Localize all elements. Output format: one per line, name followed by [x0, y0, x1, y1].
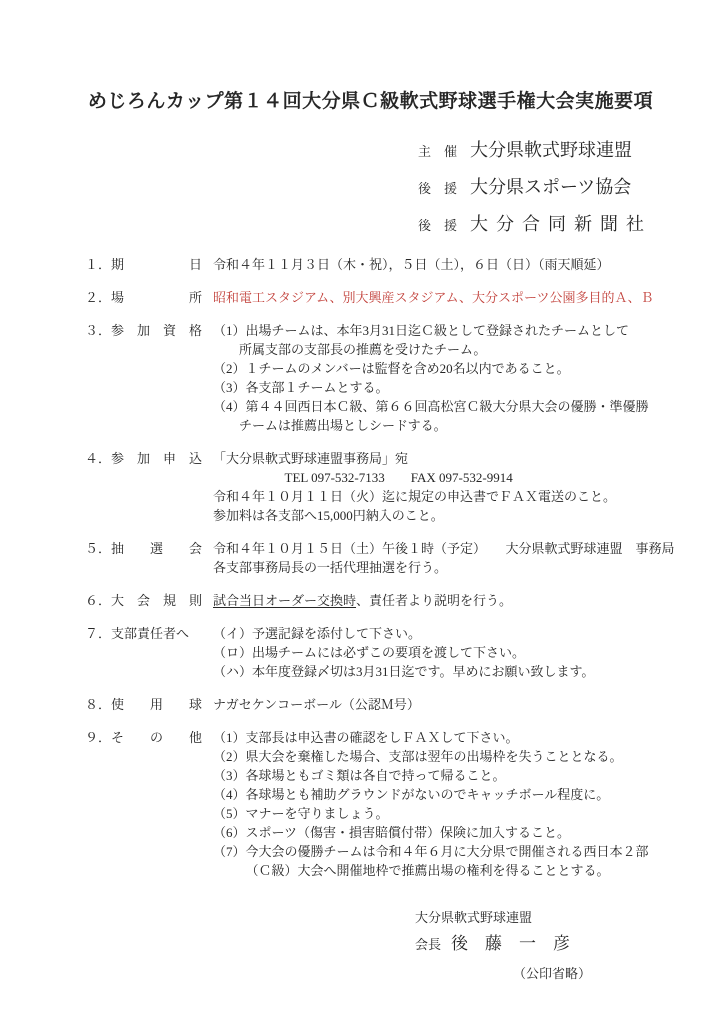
section-label: 使 用 球	[111, 697, 202, 712]
section-number: ６．	[85, 593, 111, 608]
section-number: ４．	[85, 451, 111, 466]
text-segment: （5）マナーを守りましょう。	[213, 806, 389, 821]
section-line: 令和４年１１月３日（木・祝），５日（土），６日（日）（雨天順延）	[213, 255, 676, 274]
text-segment: TEL 097-532-7133 FAX 097-532-9914	[285, 470, 513, 485]
text-segment: （3）各支部１チームとする。	[213, 380, 389, 395]
section-line: （1）支部長は申込書の確認をしＦＡＸして下さい。	[213, 728, 676, 747]
text-segment: （ロ）出場チームには必ずこの要項を渡して下さい。	[213, 645, 525, 660]
text-segment: （2）１チームのメンバーは監督を含め20名以内であること。	[213, 361, 570, 376]
sponsor-name: 大分合同新聞社	[470, 215, 652, 234]
section-content: （1）出場チームは、本年3月31日迄Ｃ級として登録されたチームとして所属支部の支…	[213, 321, 676, 435]
section-label: 参 加 申 込	[111, 451, 202, 466]
sponsor-role: 後 援	[418, 179, 470, 198]
section-number: ８．	[85, 697, 111, 712]
section-line: TEL 097-532-7133 FAX 097-532-9914	[213, 468, 676, 487]
section-number: ３．	[85, 323, 111, 338]
section: ３．参 加 資 格（1）出場チームは、本年3月31日迄Ｃ級として登録されたチーム…	[85, 321, 676, 435]
section-heading: ２．場 所	[85, 288, 213, 307]
section-line: （2）１チームのメンバーは監督を含め20名以内であること。	[213, 359, 676, 378]
text-segment: （Ｃ級）大会へ開催地枠で推薦出場の権利を得ることとする。	[246, 863, 610, 878]
section-line: （3）各球場ともゴミ類は各自で持って帰ること。	[213, 766, 676, 785]
section-line: （7）今大会の優勝チームは令和４年６月に大分県で開催される西日本２部	[213, 842, 676, 861]
section: ５．抽 選 会令和４年１０月１５日（土）午後１時（予定） 大分県軟式野球連盟 事…	[85, 539, 676, 577]
sponsor-block: 主 催大分県軟式野球連盟後 援大分県スポーツ協会後 援大分合同新聞社	[418, 141, 676, 235]
section: ９．そ の 他（1）支部長は申込書の確認をしＦＡＸして下さい。（2）県大会を棄権…	[85, 728, 676, 880]
section-content: （イ）予選記録を添付して下さい。（ロ）出場チームには必ずこの要項を渡して下さい。…	[213, 624, 676, 681]
footer-president-name: 後 藤 一 彦	[451, 934, 570, 953]
section-number: ２．	[85, 290, 111, 305]
section-label: 抽 選 会	[111, 541, 202, 556]
document-title: めじろんカップ第１４回大分県Ｃ級軟式野球選手権大会実施要項	[65, 92, 676, 111]
section-heading: ３．参 加 資 格	[85, 321, 213, 340]
section-number: １．	[85, 257, 111, 272]
sponsor-role: 後 援	[418, 216, 470, 235]
text-segment: （1）出場チームは、本年3月31日迄Ｃ級として登録されたチームとして	[213, 323, 629, 338]
section-line: （6）スポーツ（傷害・損害賠償付帯）保険に加入すること。	[213, 823, 676, 842]
text-segment: （2）県大会を棄権した場合、支部は翌年の出場枠を失うこととなる。	[213, 749, 623, 764]
section-line: 各支部事務局長の一括代理抽選を行う。	[213, 558, 676, 577]
section-line: （3）各支部１チームとする。	[213, 378, 676, 397]
section-line: 昭和電工スタジアム、別大興産スタジアム、大分スポーツ公園多目的Ａ、Ｂ	[213, 288, 676, 307]
section-heading: ６．大 会 規 則	[85, 591, 213, 610]
section: １．期 日令和４年１１月３日（木・祝），５日（土），６日（日）（雨天順延）	[85, 255, 676, 274]
footer-seal-note: （公印省略）	[513, 964, 676, 983]
section-content: 昭和電工スタジアム、別大興産スタジアム、大分スポーツ公園多目的Ａ、Ｂ	[213, 288, 676, 307]
text-segment: 令和４年１０月１５日（土）午後１時（予定） 大分県軟式野球連盟 事務局	[213, 541, 675, 556]
text-segment: 各支部事務局長の一括代理抽選を行う。	[213, 560, 447, 575]
section-heading: ９．そ の 他	[85, 728, 213, 747]
section-line: （ロ）出場チームには必ずこの要項を渡して下さい。	[213, 643, 676, 662]
sponsor-name: 大分県スポーツ協会	[470, 178, 631, 197]
text-segment: 昭和電工スタジアム、別大興産スタジアム、大分スポーツ公園多目的Ａ、Ｂ	[213, 290, 653, 305]
section: ７．支部責任者へ（イ）予選記録を添付して下さい。（ロ）出場チームには必ずこの要項…	[85, 624, 676, 681]
text-segment: 「大分県軟式野球連盟事務局」宛	[213, 451, 408, 466]
section-heading: ８．使 用 球	[85, 695, 213, 714]
section-line: 参加料は各支部へ15,000円納入のこと。	[213, 506, 676, 525]
text-segment: （3）各球場ともゴミ類は各自で持って帰ること。	[213, 768, 506, 783]
section-label: 支部責任者へ	[111, 626, 189, 641]
section-line: 「大分県軟式野球連盟事務局」宛	[213, 449, 676, 468]
section: ４．参 加 申 込「大分県軟式野球連盟事務局」宛TEL 097-532-7133…	[85, 449, 676, 525]
section: ２．場 所昭和電工スタジアム、別大興産スタジアム、大分スポーツ公園多目的Ａ、Ｂ	[85, 288, 676, 307]
sponsor-row: 後 援大分合同新聞社	[418, 215, 676, 235]
sponsor-row: 後 援大分県スポーツ協会	[418, 178, 676, 198]
section-line: （2）県大会を棄権した場合、支部は翌年の出場枠を失うこととなる。	[213, 747, 676, 766]
section: ８．使 用 球ナガセケンコーボール（公認Ｍ号）	[85, 695, 676, 714]
text-segment: 令和４年１１月３日（木・祝），５日（土），６日（日）（雨天順延）	[213, 257, 610, 272]
text-segment: （6）スポーツ（傷害・損害賠償付帯）保険に加入すること。	[213, 825, 570, 840]
footer-president-label: 会長	[415, 935, 441, 954]
section-content: 令和４年１１月３日（木・祝），５日（土），６日（日）（雨天順延）	[213, 255, 676, 274]
footer-organization: 大分県軟式野球連盟	[415, 908, 676, 927]
section: ６．大 会 規 則試合当日オーダー交換時、責任者より説明を行う。	[85, 591, 676, 610]
section-line: （イ）予選記録を添付して下さい。	[213, 624, 676, 643]
text-segment: 令和４年１０月１１日（火）迄に規定の申込書でＦＡＸ電送のこと。	[213, 489, 616, 504]
section-number: ７．	[85, 626, 111, 641]
footer-block: 大分県軟式野球連盟 会長 後 藤 一 彦 （公印省略）	[415, 908, 676, 983]
text-segment: 所属支部の支部長の推薦を受けたチーム。	[239, 342, 486, 357]
section-heading: ５．抽 選 会	[85, 539, 213, 558]
section-line: （Ｃ級）大会へ開催地枠で推薦出場の権利を得ることとする。	[213, 861, 676, 880]
section-line: 令和４年１０月１５日（土）午後１時（予定） 大分県軟式野球連盟 事務局	[213, 539, 676, 558]
text-segment: ナガセケンコーボール（公認Ｍ号）	[213, 697, 420, 712]
section-content: （1）支部長は申込書の確認をしＦＡＸして下さい。（2）県大会を棄権した場合、支部…	[213, 728, 676, 880]
text-segment: 、責任者より説明を行う。	[356, 593, 512, 608]
section-content: 試合当日オーダー交換時、責任者より説明を行う。	[213, 591, 676, 610]
section-heading: ４．参 加 申 込	[85, 449, 213, 468]
text-segment: （4）各球場とも補助グラウンドがないのでキャッチボール程度に。	[213, 787, 609, 802]
sponsor-role: 主 催	[418, 142, 470, 161]
text-segment: （ハ）本年度登録〆切は3月31日迄です。早めにお願い致します。	[213, 664, 594, 679]
sections: １．期 日令和４年１１月３日（木・祝），５日（土），６日（日）（雨天順延）２．場…	[85, 255, 676, 880]
sponsor-row: 主 催大分県軟式野球連盟	[418, 141, 676, 161]
section-line: 令和４年１０月１１日（火）迄に規定の申込書でＦＡＸ電送のこと。	[213, 487, 676, 506]
text-segment: 試合当日オーダー交換時	[213, 593, 356, 608]
section-line: 試合当日オーダー交換時、責任者より説明を行う。	[213, 591, 676, 610]
section-label: 場 所	[111, 290, 202, 305]
document-page: めじろんカップ第１４回大分県Ｃ級軟式野球選手権大会実施要項 主 催大分県軟式野球…	[0, 0, 724, 1024]
section-label: 大 会 規 則	[111, 593, 202, 608]
section-line: （4）各球場とも補助グラウンドがないのでキャッチボール程度に。	[213, 785, 676, 804]
section-content: 令和４年１０月１５日（土）午後１時（予定） 大分県軟式野球連盟 事務局各支部事務…	[213, 539, 676, 577]
text-segment: チームは推薦出場としシードする。	[239, 418, 447, 433]
section-label: 期 日	[111, 257, 202, 272]
text-segment: （7）今大会の優勝チームは令和４年６月に大分県で開催される西日本２部	[213, 844, 649, 859]
section-line: （4）第４４回西日本Ｃ級、第６６回高松宮Ｃ級大分県大会の優勝・準優勝	[213, 397, 676, 416]
section-content: 「大分県軟式野球連盟事務局」宛TEL 097-532-7133 FAX 097-…	[213, 449, 676, 525]
section-line: （5）マナーを守りましょう。	[213, 804, 676, 823]
footer-president-row: 会長 後 藤 一 彦	[415, 934, 676, 954]
section-heading: ７．支部責任者へ	[85, 624, 213, 643]
text-segment: （イ）予選記録を添付して下さい。	[213, 626, 421, 641]
section-line: チームは推薦出場としシードする。	[213, 416, 676, 435]
text-segment: （1）支部長は申込書の確認をしＦＡＸして下さい。	[213, 730, 519, 745]
section-number: ５．	[85, 541, 111, 556]
section-line: ナガセケンコーボール（公認Ｍ号）	[213, 695, 676, 714]
section-label: そ の 他	[111, 730, 202, 745]
text-segment: 参加料は各支部へ15,000円納入のこと。	[213, 508, 444, 523]
section-number: ９．	[85, 730, 111, 745]
section-content: ナガセケンコーボール（公認Ｍ号）	[213, 695, 676, 714]
section-line: （1）出場チームは、本年3月31日迄Ｃ級として登録されたチームとして	[213, 321, 676, 340]
section-label: 参 加 資 格	[111, 323, 202, 338]
section-line: （ハ）本年度登録〆切は3月31日迄です。早めにお願い致します。	[213, 662, 676, 681]
sponsor-name: 大分県軟式野球連盟	[470, 141, 632, 160]
text-segment: （4）第４４回西日本Ｃ級、第６６回高松宮Ｃ級大分県大会の優勝・準優勝	[213, 399, 649, 414]
section-heading: １．期 日	[85, 255, 213, 274]
section-line: 所属支部の支部長の推薦を受けたチーム。	[213, 340, 676, 359]
